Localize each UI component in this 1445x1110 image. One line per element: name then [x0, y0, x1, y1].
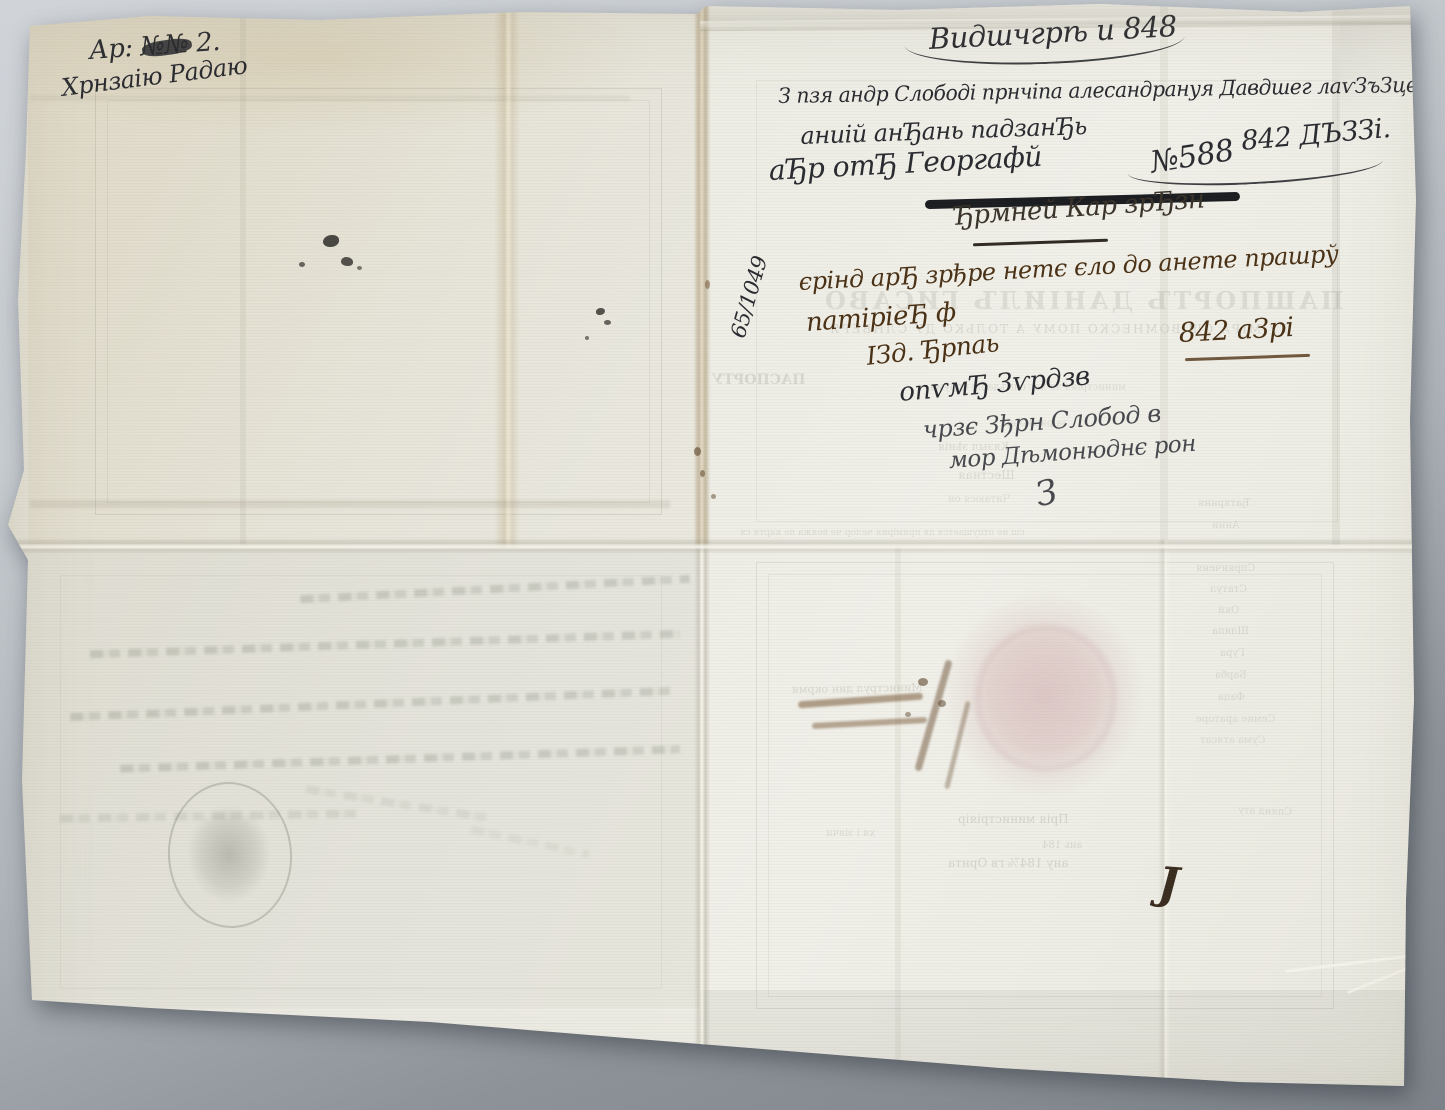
bleed-column-label-9: Семне араторе: [1196, 714, 1275, 725]
brown-smudge-diagonal-2: [944, 701, 971, 790]
bleed-script-line-4: [120, 745, 680, 773]
ink-spot-2: [341, 257, 353, 266]
handwriting-flourish-bottom: З: [1032, 472, 1061, 515]
bleed-column-label-10: Сума атясат: [1200, 735, 1265, 746]
embossed-oval-seal: [163, 778, 297, 932]
bleed-frame-bottom-right: [756, 562, 1334, 1009]
bleed-column-label-7: Барба: [1215, 670, 1247, 681]
brown-smudge-stroke-2: [812, 717, 927, 729]
handwriting-flourish-top: Видшчгрѣ и 848: [928, 9, 1178, 56]
brown-smudge-stroke-1: [798, 693, 923, 709]
brown-smudge-dot-3: [905, 712, 911, 717]
document-sheet: ПАШПОРТЪ ДАНІИЛЪ ГИСАВО ГУ МІРА СШ ВОМНЕ…: [0, 0, 1445, 1110]
bleed-frag-5: Читаюся он: [948, 494, 1010, 505]
bleed-frame-bottom-left: [60, 575, 662, 989]
handwriting-line-1: З пзя андр Слободі прнчіпа алесандрануя …: [778, 73, 1429, 108]
line-4-underline: [973, 239, 1108, 247]
handwriting-line-7: ІЗд. Ђрпаь: [865, 328, 1000, 371]
fold-vertical-center-tan: [696, 0, 708, 545]
wax-seal-bleedthrough: [945, 592, 1143, 797]
handwriting-j-mark: Ј: [1156, 858, 1180, 910]
fold-stain-1: [694, 447, 701, 456]
bleed-paszport-word: ПАСПОРТУ: [712, 372, 806, 388]
fold-vertical-right-lower: [1158, 540, 1170, 1090]
fold-stain-3: [711, 494, 716, 499]
fold-vertical-mid-bottom: [895, 545, 901, 1105]
handwriting-line-1-number: 842 ДЪЗЗі.: [1240, 113, 1392, 157]
embossed-seal-coat-of-arms: [188, 806, 270, 902]
bleed-column-label-6: Гура: [1220, 648, 1245, 659]
bleed-frag-6: сш не отпущается дя прямірня челор че во…: [740, 528, 1024, 538]
bleed-script-line-2: [90, 630, 680, 659]
tint-bottom-right-strip: [700, 990, 1406, 1090]
fold-stain-4: [705, 280, 710, 289]
brown-smudge-diagonal-1: [914, 659, 952, 771]
wax-seal-inner-ring: [975, 625, 1117, 772]
handwriting-line-3-number: №588: [1148, 133, 1236, 181]
bleed-footer-line-2: ань 184: [1042, 840, 1082, 851]
embossed-script-impression-2: [470, 826, 589, 859]
bleed-column-label-3: Статул: [1210, 584, 1247, 595]
bleed-frame-top-left: [95, 88, 662, 515]
brown-smudge-dot-2: [938, 700, 946, 707]
document-wrapper: ПАШПОРТЪ ДАНІИЛЪ ГИСАВО ГУ МІРА СШ ВОМНЕ…: [0, 0, 1445, 1110]
bleed-script-line-3: [70, 687, 670, 721]
crease-left-upper: [30, 95, 630, 101]
crease-bottom-right-1: [1285, 954, 1414, 973]
bleed-frame-bottom-right-inner: [768, 574, 1322, 997]
photo-backdrop: ПАШПОРТЪ ДАНІИЛЪ ГИСАВО ГУ МІРА СШ ВОМНЕ…: [0, 0, 1445, 1110]
bleed-frame-top-left-inner: [107, 100, 650, 503]
bleed-footer-line-3: ану 184⅞ гв Орнта: [948, 856, 1069, 870]
handwriting-line-4: Ђрмней Кар зрЂзн: [952, 184, 1205, 232]
bleed-column-label-1: Анни: [1212, 520, 1240, 531]
fold-vertical-left: [494, 0, 520, 548]
fold-vertical-left-faint: [240, 0, 246, 545]
bleed-column-label-0: Ђатярння: [1198, 498, 1250, 509]
fold-vertical-center: [694, 0, 710, 1110]
ink-spot-1: [323, 235, 339, 247]
handwriting-line-5: єрінд арЂ зрђре нетє єло до анете прашрў: [798, 240, 1339, 296]
ink-spot-4: [357, 266, 362, 270]
handwriting-vertical-number: 65/1049: [726, 253, 772, 340]
bleed-column-label-4: Окй: [1218, 605, 1239, 616]
crease-bottom-right-2: [1347, 965, 1413, 994]
bleed-column-label-5: Шляпа: [1212, 626, 1249, 637]
bleed-footer-right: Спянд ату: [1238, 805, 1292, 818]
brown-smudge-dot-1: [918, 678, 928, 686]
handwriting-line-6: патіріеЂ ф: [805, 298, 957, 338]
bleed-column-label-8: Фаца: [1218, 692, 1245, 703]
embossed-script-impression-1: [306, 785, 495, 823]
ink-spot-5: [596, 308, 605, 315]
bleed-script-line-5: [60, 809, 360, 822]
bleed-footer-line-1: Прія министріяір: [958, 812, 1069, 826]
fold-stain-2: [700, 470, 705, 477]
handwriting-line-6-number: 842 аЗрі: [1178, 312, 1294, 349]
bleed-minister-line: Министрул дин окрмя: [792, 681, 923, 696]
handwriting-line-8: опѵмЂ Зѵрдзв: [898, 361, 1091, 408]
ink-spot-3: [299, 262, 305, 267]
crease-left-mid: [30, 500, 670, 508]
bleed-column-label-2: Спрянченя: [1196, 563, 1255, 574]
bleed-footer-left: хя і зівчи: [826, 828, 875, 839]
ink-spot-6: [604, 320, 611, 325]
ink-spot-7: [585, 336, 589, 340]
line-6-underline: [1185, 354, 1310, 361]
fold-horizontal-main: [0, 538, 1445, 554]
bleed-script-line-1: [300, 575, 690, 603]
tint-bottom-left-quadrant: [20, 548, 700, 1008]
